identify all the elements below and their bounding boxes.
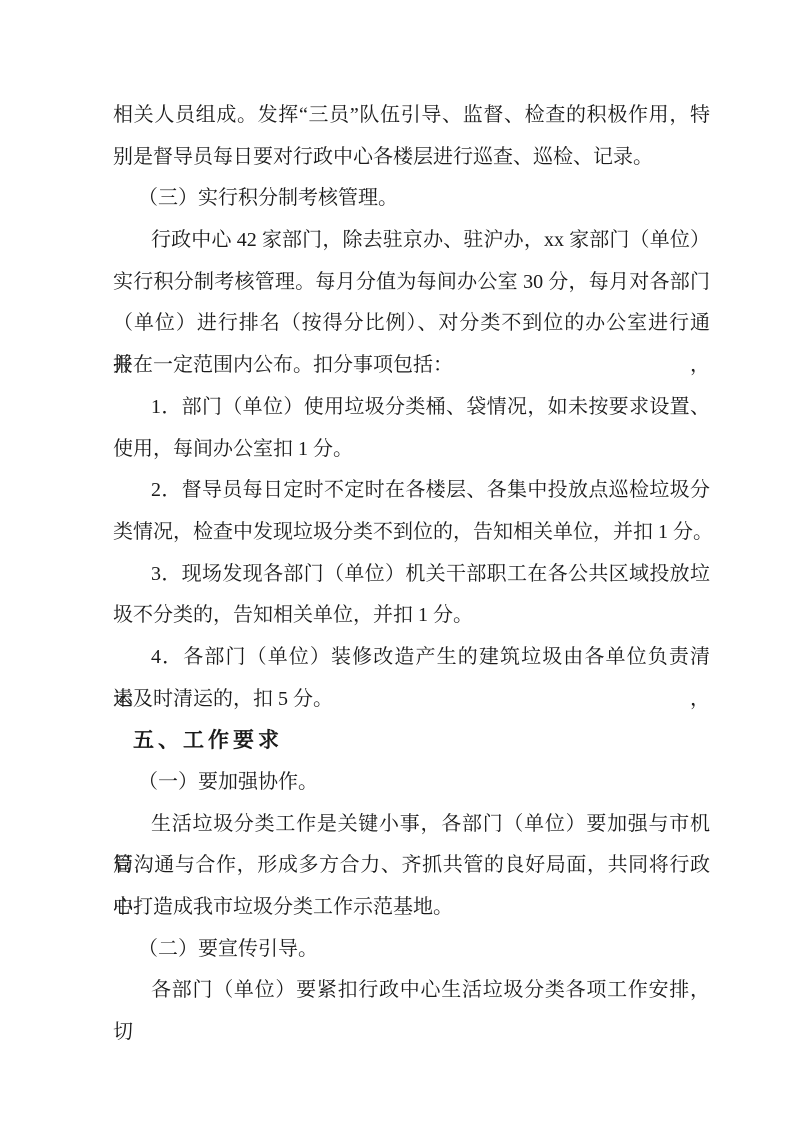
- text-line: 圾不分类的，告知相关单位，并扣 1 分。: [113, 595, 710, 637]
- document-page: 相关人员组成。发挥“三员”队伍引导、监督、检查的积极作用，特别是督导员每日要对行…: [0, 0, 793, 1122]
- section-heading: 五、工作要求: [113, 720, 710, 762]
- text-line: 实行积分制考核管理。每月分值为每间办公室 30 分，每月对各部门: [113, 262, 710, 304]
- text-line: 4．各部门（单位）装修改造产生的建筑垃圾由各单位负责清运，: [113, 637, 710, 679]
- text-line: （一）要加强协作。: [113, 762, 710, 804]
- text-line: （三）实行积分制考核管理。: [113, 178, 710, 220]
- text-line: （二）要宣传引导。: [113, 929, 710, 971]
- text-line: 2．督导员每日定时不定时在各楼层、各集中投放点巡检垃圾分: [113, 470, 710, 512]
- text-line: 别是督导员每日要对行政中心各楼层进行巡查、巡检、记录。: [113, 137, 710, 179]
- text-line: 1．部门（单位）使用垃圾分类桶、袋情况，如未按要求设置、: [113, 387, 710, 429]
- text-line: 行政中心 42 家部门，除去驻京办、驻沪办，xx 家部门（单位）: [113, 220, 710, 262]
- text-line: 使用，每间办公室扣 1 分。: [113, 429, 710, 471]
- text-line: 各部门（单位）要紧扣行政中心生活垃圾分类各项工作安排，切: [113, 970, 710, 1012]
- text-line: 类情况，检查中发现垃圾分类不到位的，告知相关单位，并扣 1 分。: [113, 512, 710, 554]
- text-line: 相关人员组成。发挥“三员”队伍引导、监督、检查的积极作用，特: [113, 95, 710, 137]
- text-line: 心打造成我市垃圾分类工作示范基地。: [113, 887, 710, 929]
- text-line: （单位）进行排名（按得分比例）、对分类不到位的办公室进行通报，: [113, 303, 710, 345]
- document-body-text: 相关人员组成。发挥“三员”队伍引导、监督、检查的积极作用，特别是督导员每日要对行…: [113, 95, 710, 1012]
- text-line: 3．现场发现各部门（单位）机关干部职工在各公共区域投放垃: [113, 554, 710, 596]
- text-line: 生活垃圾分类工作是关键小事，各部门（单位）要加强与市机管: [113, 804, 710, 846]
- text-line: 局沟通与合作，形成多方合力、齐抓共管的良好局面，共同将行政中: [113, 845, 710, 887]
